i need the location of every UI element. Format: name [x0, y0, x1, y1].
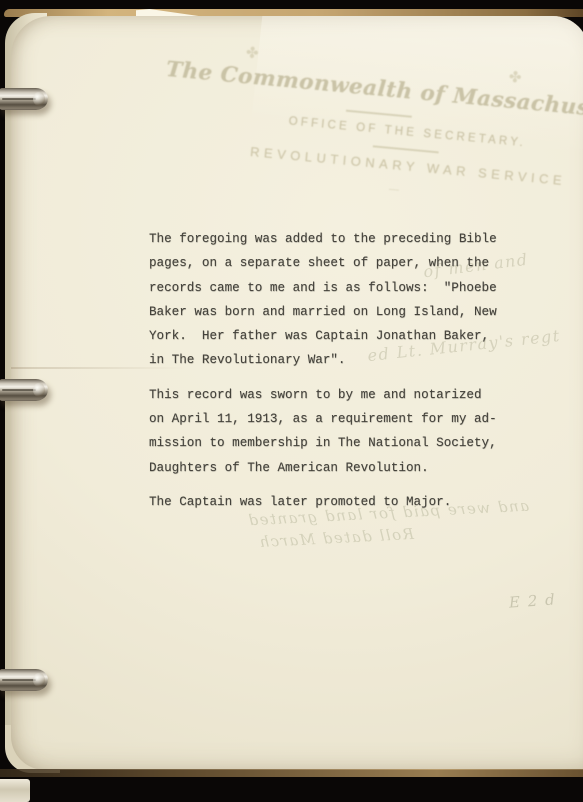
typed-paragraph-notarized: This record was sworn to by me and notar…: [149, 383, 525, 480]
letterhead-small-mark: —: [178, 164, 583, 215]
binder-ring-middle: [0, 379, 48, 401]
bottom-pages-edge: [0, 779, 30, 802]
binder-cover-edge-bottom: [0, 769, 583, 777]
sheet-behind-highlight: [251, 16, 583, 171]
document-page: ✤ ✤ The Commonwealth of Massachusetts OF…: [11, 16, 583, 770]
typed-paragraph-promotion: The Captain was later promoted to Major.: [149, 490, 525, 514]
binder-scan-photo: ✤ ✤ The Commonwealth of Massachusetts OF…: [0, 0, 583, 802]
letterhead-rule: [373, 145, 439, 153]
page-crease-line: [11, 367, 186, 369]
binder-ring-top: [0, 88, 48, 110]
ink-bleedthrough-script-mirrored: Roll dated March: [211, 522, 462, 553]
ink-bleedthrough-script: E 2 d: [508, 590, 556, 611]
binder-ring-bottom: [0, 669, 48, 691]
typed-text-block: The foregoing was added to the preceding…: [149, 227, 525, 514]
typed-paragraph-bible-record: The foregoing was added to the preceding…: [149, 227, 525, 373]
